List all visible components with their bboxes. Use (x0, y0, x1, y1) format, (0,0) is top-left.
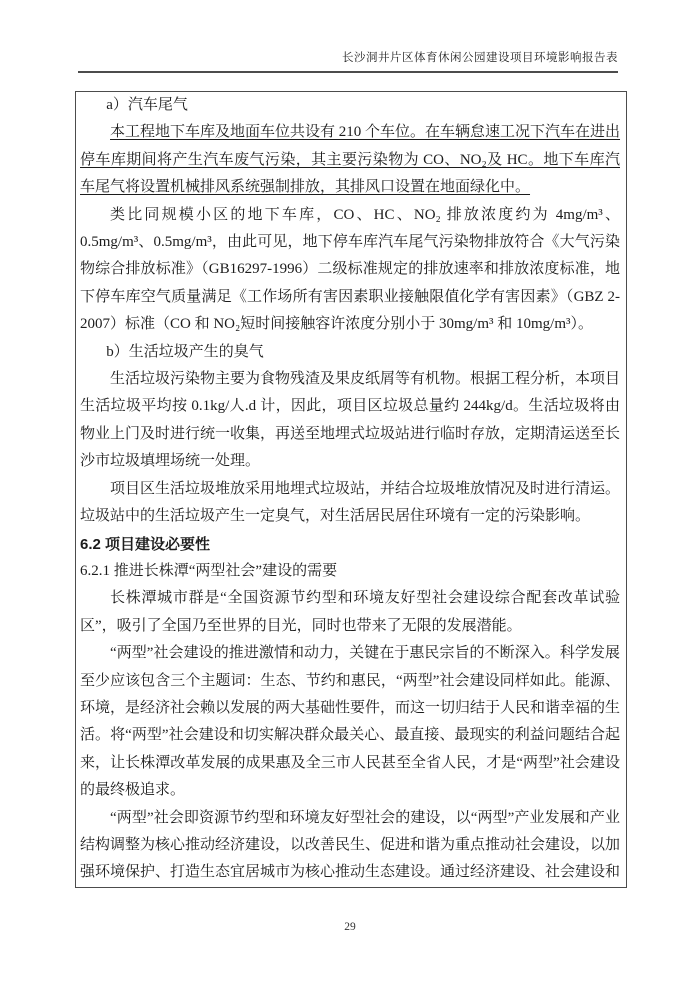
document-page: 长沙洞井片区体育休闲公园建设项目环境影响报告表 a）汽车尾气 本工程地下车库及地… (0, 0, 700, 989)
content-border-box: a）汽车尾气 本工程地下车库及地面车位共设有 210 个车位。在车辆怠速工况下汽… (75, 91, 627, 888)
paragraph-parking-exhaust: 本工程地下车库及地面车位共设有 210 个车位。在车辆怠速工况下汽车在进出停车库… (80, 119, 620, 201)
paragraph-city-cluster: 长株潭城市群是“全国资源节约型和环境友好型社会建设综合配套改革试验区”，吸引了全… (80, 585, 620, 640)
paragraph-two-oriented-construction: “两型”社会即资源节约型和环境友好型社会的建设，以“两型”产业发展和产业结构调整… (80, 805, 620, 888)
paragraph-emission-standards: 类比同规模小区的地下车库，CO、HC、NO₂ 排放浓度约为 4mg/m³、0.5… (80, 202, 620, 339)
subsection-b-garbage-odor: b）生活垃圾产生的臭气 (80, 339, 620, 366)
page-number: 29 (0, 921, 700, 933)
section-heading-6-2: 6.2 项目建设必要性 (80, 531, 620, 558)
subsection-a-vehicle-exhaust: a）汽车尾气 (80, 92, 620, 119)
page-header-title: 长沙洞井片区体育休闲公园建设项目环境影响报告表 (78, 50, 618, 73)
paragraph-garbage-amount: 生活垃圾污染物主要为食物残渣及果皮纸屑等有机物。根据工程分析，本项目生活垃圾平均… (80, 366, 620, 476)
paragraph-garbage-station: 项目区生活垃圾堆放采用地埋式垃圾站，并结合垃圾堆放情况及时进行清运。垃圾站中的生… (80, 476, 620, 531)
paragraph-two-oriented-society: “两型”社会建设的推进激情和动力，关键在于惠民宗旨的不断深入。科学发展至少应该包… (80, 640, 620, 804)
section-heading-6-2-1: 6.2.1 推进长株潭“两型社会”建设的需要 (80, 558, 620, 585)
